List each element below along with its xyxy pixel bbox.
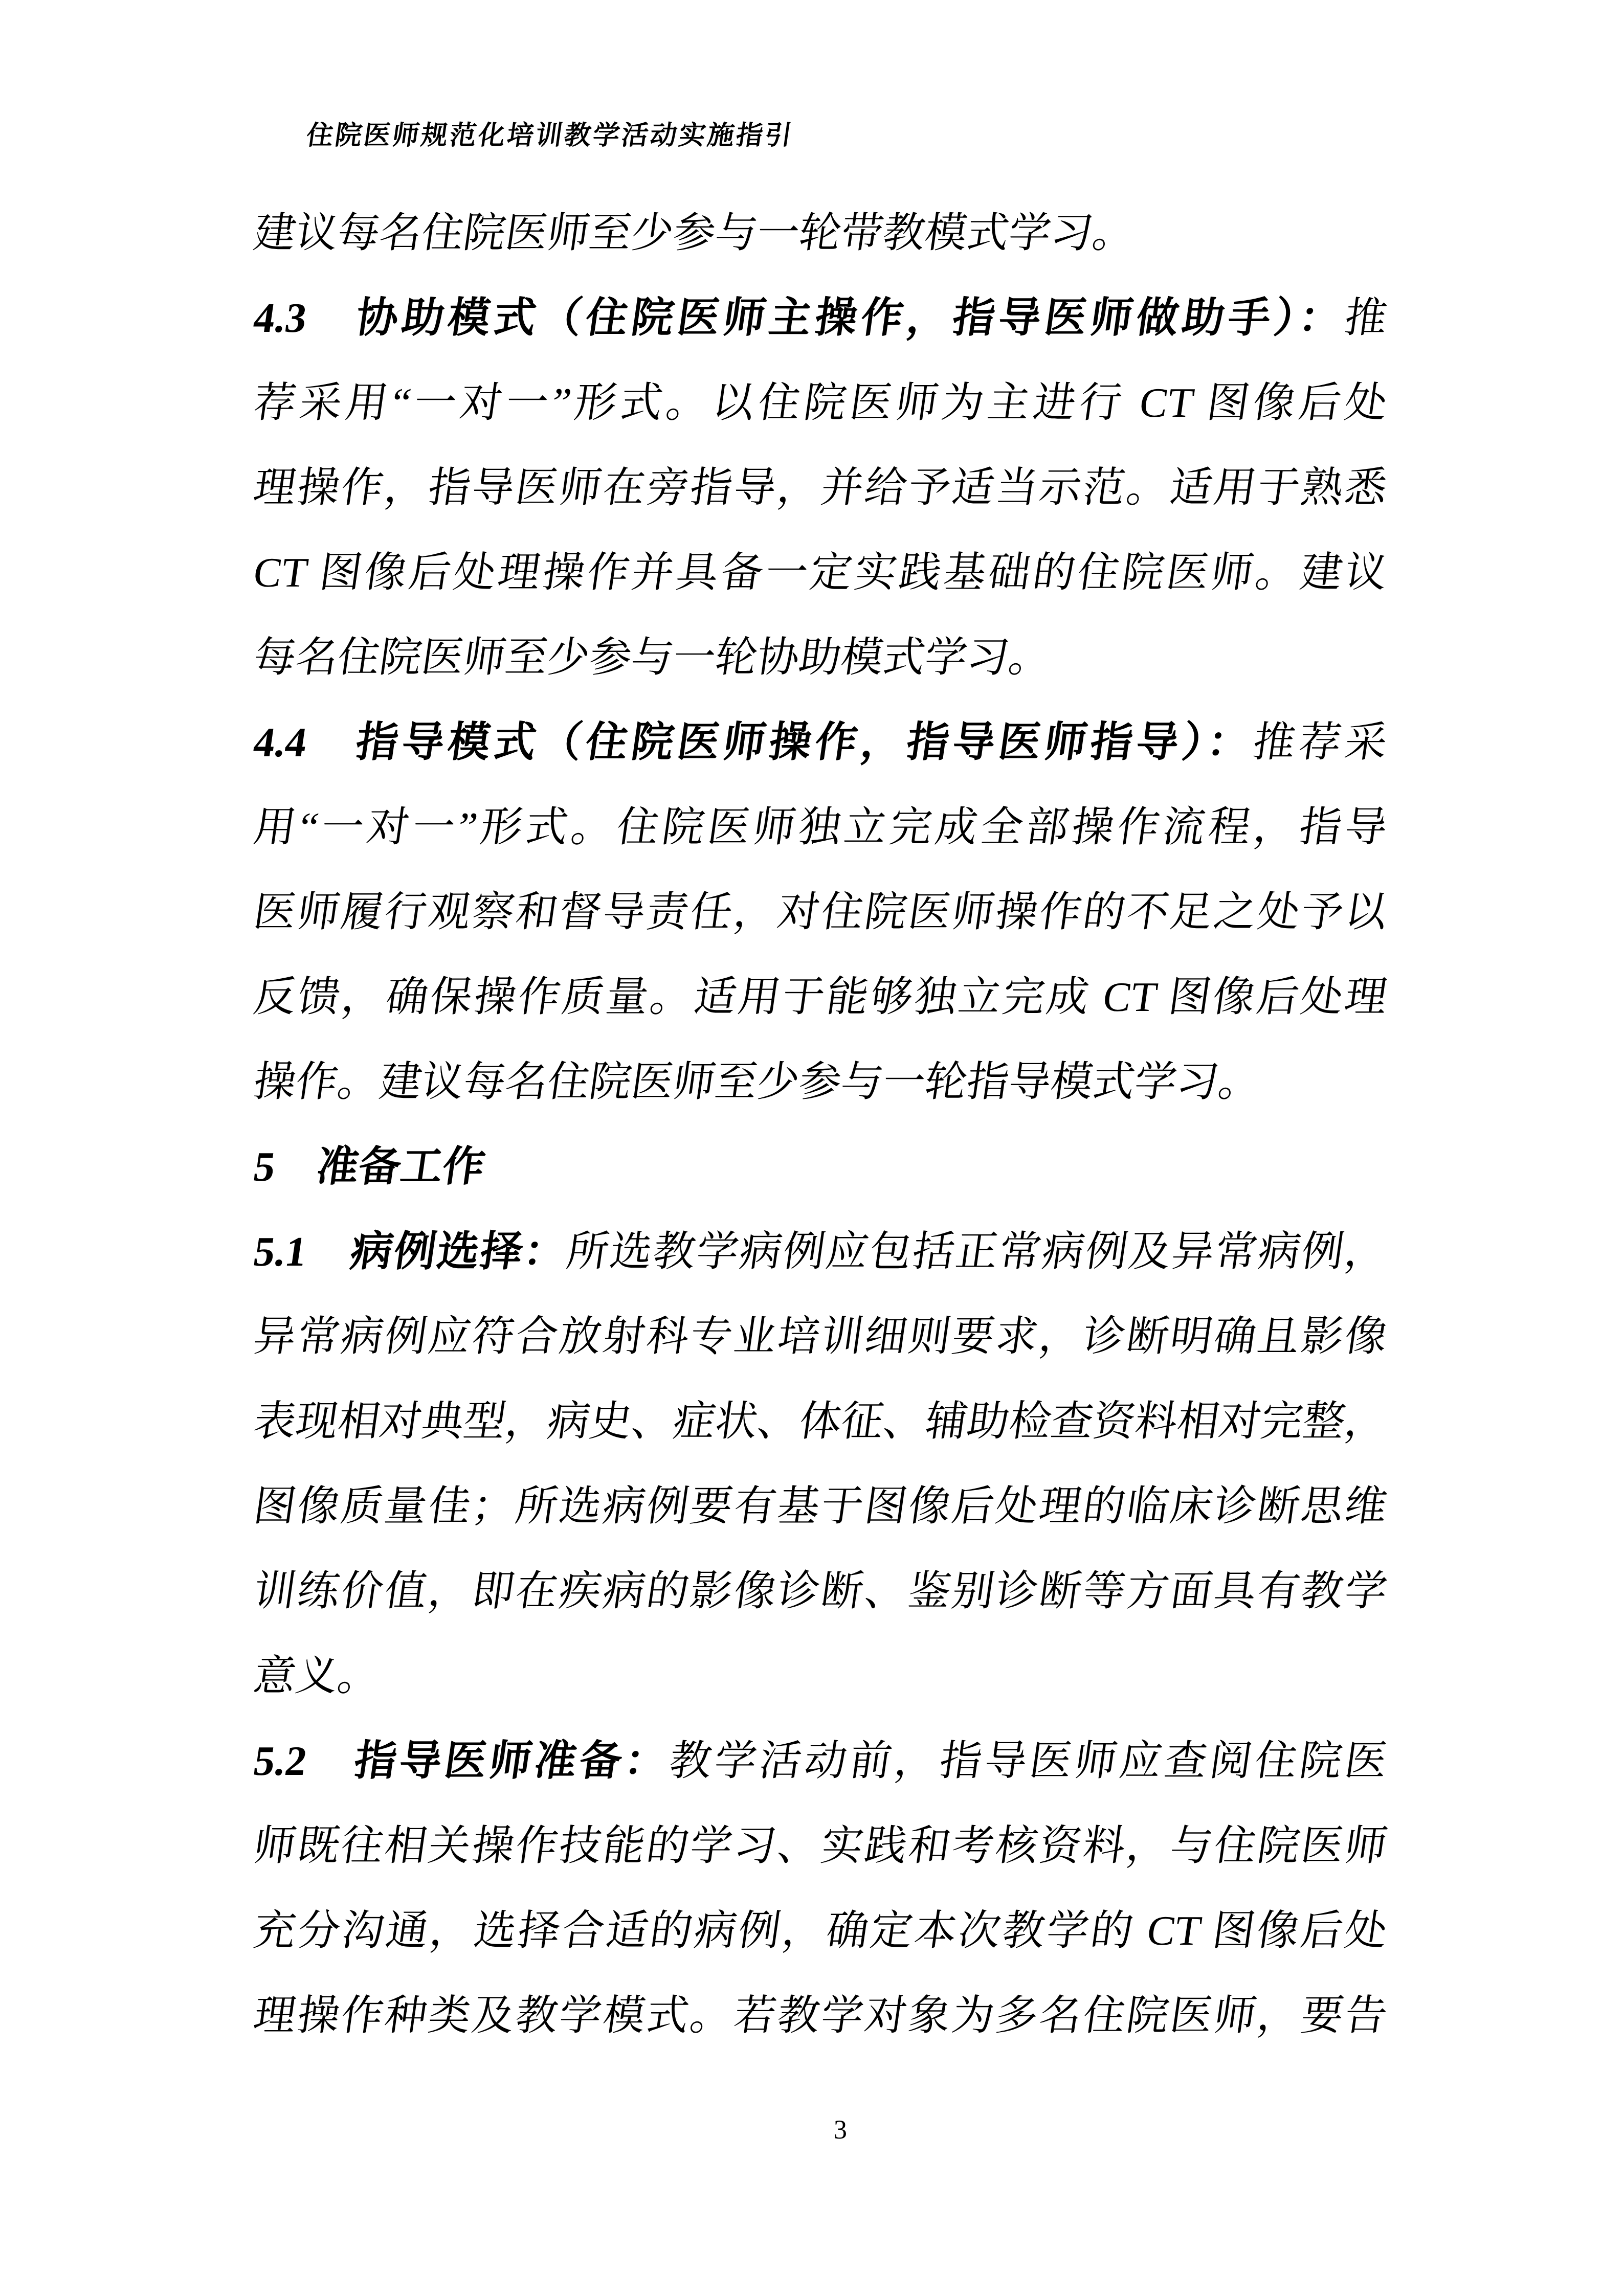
line-normal-text: 推 (1342, 295, 1390, 341)
line-normal-text: 师既往相关操作技能的学习、实践和考核资料，与住院医师 (251, 1822, 1390, 1869)
body-line: 理操作种类及教学模式。若教学对象为多名住院医师，要告 (248, 1973, 1393, 2058)
line-normal-text: 所选教学病例应包括正常病例及异常病例， (564, 1228, 1390, 1275)
line-bold-text: 5.2 指导医师准备： (251, 1738, 673, 1784)
line-normal-text: 医师履行观察和督导责任，对住院医师操作的不足之处予以 (251, 889, 1390, 935)
page-header-title: 住院医师规范化培训教学活动实施指引 (304, 114, 797, 152)
body-line: 图像质量佳；所选病例要有基于图像后处理的临床诊断思维 (248, 1464, 1393, 1549)
line-normal-text: 操作。建议每名住院医师至少参与一轮指导模式学习。 (251, 1059, 1264, 1105)
line-normal-text: 异常病例应符合放射科专业培训细则要求，诊断明确且影像 (251, 1313, 1390, 1360)
line-bold-text: 5 准备工作 (251, 1143, 488, 1190)
body-line: 荐采用“一对一”形式。以住院医师为主进行 CT 图像后处 (248, 361, 1393, 445)
line-normal-text: 意义。 (251, 1653, 383, 1699)
body-line: 训练价值，即在疾病的影像诊断、鉴别诊断等方面具有教学 (248, 1549, 1393, 1634)
line-normal-text: 训练价值，即在疾病的影像诊断、鉴别诊断等方面具有教学 (251, 1568, 1390, 1614)
line-bold-text: 4.4 指导模式（住院医师操作，指导医师指导）： (251, 719, 1256, 766)
body-line: 表现相对典型，病史、症状、体征、辅助检查资料相对完整， (248, 1379, 1393, 1464)
document-page: 住院医师规范化培训教学活动实施指引 建议每名住院医师至少参与一轮带教模式学习。 … (0, 0, 1624, 2296)
line-normal-text: 理操作种类及教学模式。若教学对象为多名住院医师，要告 (251, 1992, 1390, 2039)
section-heading-line: 4.3 协助模式（住院医师主操作，指导医师做助手）：推 (248, 276, 1393, 361)
line-normal-text: 图像质量佳；所选病例要有基于图像后处理的临床诊断思维 (251, 1483, 1390, 1529)
body-line: CT 图像后处理操作并具备一定实践基础的住院医师。建议 (248, 530, 1393, 615)
line-bold-text: 4.3 协助模式（住院医师主操作，指导医师做助手）： (251, 295, 1348, 341)
body-line: 医师履行观察和督导责任，对住院医师操作的不足之处予以 (248, 870, 1393, 955)
section-heading-line: 5 准备工作 (248, 1124, 1393, 1209)
body-line: 用“一对一”形式。住院医师独立完成全部操作流程，指导 (248, 785, 1393, 870)
line-normal-text: 推荐采 (1250, 719, 1390, 766)
body-line: 意义。 (248, 1634, 1393, 1719)
body-line: 反馈，确保操作质量。适用于能够独立完成 CT 图像后处理 (248, 955, 1393, 1040)
body-line: 操作。建议每名住院医师至少参与一轮指导模式学习。 (248, 1040, 1393, 1124)
line-normal-text: 荐采用“一对一”形式。以住院医师为主进行 CT 图像后处 (251, 379, 1390, 426)
line-normal-text: 建议每名住院医师至少参与一轮带教模式学习。 (251, 210, 1138, 256)
body-line: 每名住院医师至少参与一轮协助模式学习。 (248, 615, 1393, 700)
document-body: 建议每名住院医师至少参与一轮带教模式学习。 4.3 协助模式（住院医师主操作，指… (248, 191, 1381, 2058)
line-bold-text: 5.1 病例选择： (251, 1228, 570, 1275)
page-number: 3 (834, 2115, 847, 2146)
section-heading-line: 5.1 病例选择：所选教学病例应包括正常病例及异常病例， (248, 1209, 1393, 1294)
line-normal-text: 每名住院医师至少参与一轮协助模式学习。 (251, 634, 1054, 681)
section-heading-line: 4.4 指导模式（住院医师操作，指导医师指导）：推荐采 (248, 700, 1393, 785)
line-normal-text: 用“一对一”形式。住院医师独立完成全部操作流程，指导 (251, 804, 1390, 850)
line-normal-text: 充分沟通，选择合适的病例，确定本次教学的 CT 图像后处 (251, 1907, 1390, 1954)
line-normal-text: 理操作，指导医师在旁指导，并给予适当示范。适用于熟悉 (251, 464, 1390, 511)
body-line: 师既往相关操作技能的学习、实践和考核资料，与住院医师 (248, 1804, 1393, 1888)
body-line: 异常病例应符合放射科专业培训细则要求，诊断明确且影像 (248, 1294, 1393, 1379)
body-line: 建议每名住院医师至少参与一轮带教模式学习。 (248, 191, 1393, 276)
line-normal-text: 表现相对典型，病史、症状、体征、辅助检查资料相对完整， (251, 1398, 1390, 1445)
line-normal-text: CT 图像后处理操作并具备一定实践基础的住院医师。建议 (251, 549, 1390, 596)
line-normal-text: 教学活动前，指导医师应查阅住院医 (666, 1738, 1390, 1784)
line-normal-text: 反馈，确保操作质量。适用于能够独立完成 CT 图像后处理 (251, 974, 1390, 1020)
body-line: 充分沟通，选择合适的病例，确定本次教学的 CT 图像后处 (248, 1888, 1393, 1973)
body-line: 理操作，指导医师在旁指导，并给予适当示范。适用于熟悉 (248, 445, 1393, 530)
section-heading-line: 5.2 指导医师准备：教学活动前，指导医师应查阅住院医 (248, 1719, 1393, 1804)
